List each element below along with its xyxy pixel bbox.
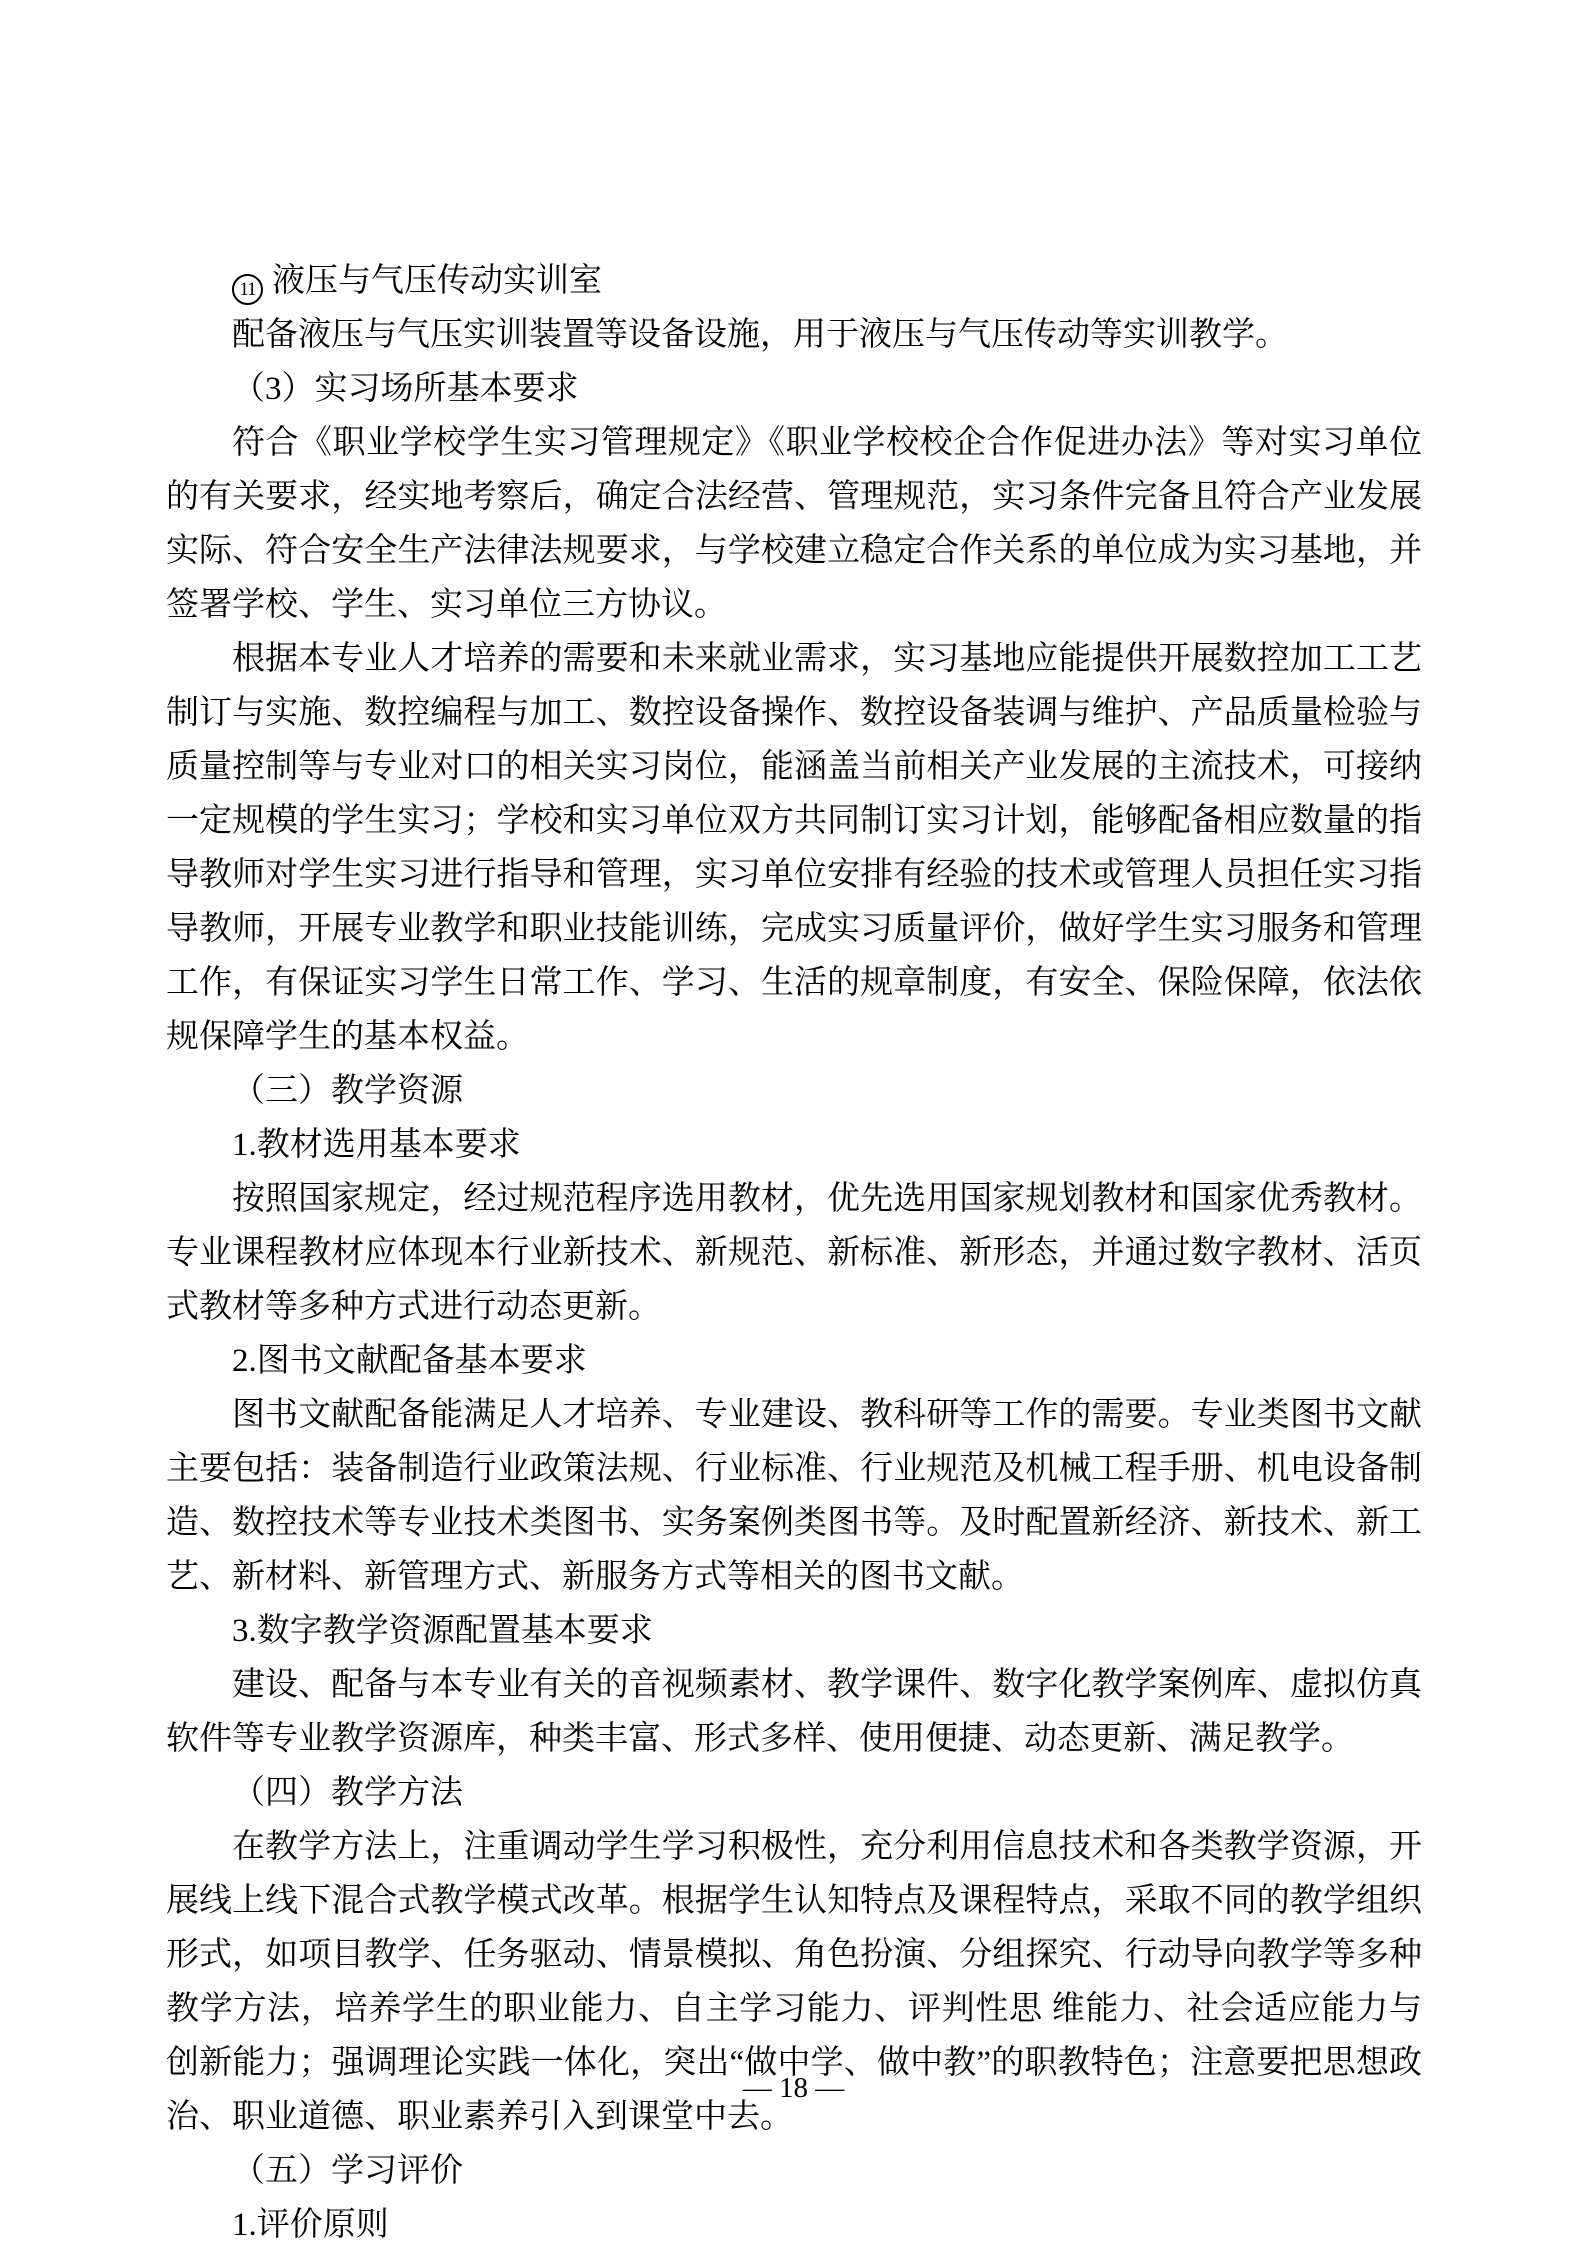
document-page: 11液压与气压传动实训室 配备液压与气压实训装置等设备设施，用于液压与气压传动等…: [0, 0, 1587, 2245]
training-room-title: 液压与气压传动实训室: [272, 263, 602, 299]
heading-internship-site-requirements: （3）实习场所基本要求: [166, 362, 1422, 416]
document-body: 11液压与气压传动实训室 配备液压与气压实训装置等设备设施，用于液压与气压传动等…: [166, 254, 1422, 2245]
heading-evaluation-principles: 1.评价原则: [166, 2198, 1422, 2245]
heading-library-literature: 2.图书文献配备基本要求: [166, 1334, 1422, 1388]
page-number: — 18 —: [0, 2068, 1587, 2108]
paragraph-training-room-description: 配备液压与气压实训装置等设备设施，用于液压与气压传动等实训教学。: [166, 308, 1422, 362]
heading-textbook-selection: 1.教材选用基本要求: [166, 1118, 1422, 1172]
circled-11-marker-icon: 11: [232, 274, 263, 305]
paragraph-library-literature: 图书文献配备能满足人才培养、专业建设、教科研等工作的需要。专业类图书文献主要包括…: [166, 1388, 1422, 1604]
paragraph-internship-unit-requirements: 符合《职业学校学生实习管理规定》《职业学校校企合作促进办法》等对实习单位的有关要…: [166, 416, 1422, 632]
heading-digital-teaching-resources: 3.数字教学资源配置基本要求: [166, 1604, 1422, 1658]
heading-teaching-resources: （三）教学资源: [166, 1064, 1422, 1118]
paragraph-internship-base-requirements: 根据本专业人才培养的需要和未来就业需求，实习基地应能提供开展数控加工工艺制订与实…: [166, 632, 1422, 1064]
list-item-hydraulic-training-room: 11液压与气压传动实训室: [166, 254, 1422, 308]
heading-learning-evaluation: （五）学习评价: [166, 2144, 1422, 2198]
heading-teaching-methods: （四）教学方法: [166, 1766, 1422, 1820]
paragraph-digital-teaching-resources: 建设、配备与本专业有关的音视频素材、教学课件、数字化教学案例库、虚拟仿真软件等专…: [166, 1658, 1422, 1766]
paragraph-textbook-selection: 按照国家规定，经过规范程序选用教材，优先选用国家规划教材和国家优秀教材。专业课程…: [166, 1172, 1422, 1334]
